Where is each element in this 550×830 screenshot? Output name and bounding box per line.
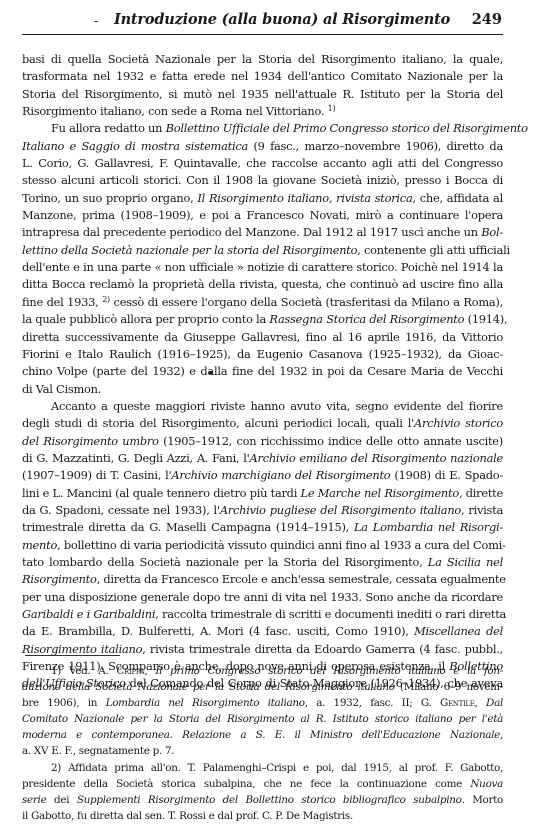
page-number: 249 [472, 11, 502, 28]
footnote-1-line: bre 1906), in Lombardia nel Risorgimento… [22, 695, 503, 711]
footnote-1-line: Comitato Nazionale per la Storia del Ris… [22, 711, 503, 727]
periodical-title: Italiano e Saggio di mostra sistematica [22, 139, 248, 153]
body-line: dell'ente e in una parte « non ufficiale… [22, 259, 503, 276]
body-line: Fiorini e Italo Raulich (1916–1925), da … [22, 346, 503, 363]
body-line: di Val Cismon. [22, 381, 503, 398]
footnote-separator [25, 655, 120, 656]
periodical-title: Archivio storico [414, 416, 503, 430]
body-line: degli studi di storia del Risorgimento, … [22, 415, 503, 432]
footnote-2-line: presidente della Società storica subalpi… [22, 776, 503, 792]
periodical-title: Il Risorgimento italiano, rivista storic… [197, 191, 412, 205]
footnote-2-line: 2) Affidata prima all'on. T. Palamenghi–… [22, 760, 503, 776]
footnotes: 1) Ved. A. Crippa, Il primo Congresso st… [22, 663, 503, 824]
body-line: trimestrale diretta da G. Maselli Campag… [22, 519, 503, 536]
periodical-title: Archivio emiliano del Risorgimento nazio… [250, 451, 503, 465]
footnote-1-line: a. XV E. F., segnatamente p. 7. [22, 743, 503, 759]
body-line: Manzone, prima (1908–1909), e poi a Fran… [22, 207, 503, 224]
running-head: - Introduzione (alla buona) al Risorgime… [22, 11, 502, 31]
periodical-title: Bollettino Ufficiale del Primo Congresso… [166, 121, 528, 135]
body-text: basi di quella Società Nazionale per la … [22, 51, 503, 693]
body-line: del Risorgimento umbro (1905–1912, con r… [22, 433, 503, 450]
header-rule [22, 34, 503, 35]
body-line: Accanto a queste maggiori riviste hanno … [22, 398, 503, 415]
body-line: basi di quella Società Nazionale per la … [22, 51, 503, 68]
body-line: (1907–1909) di T. Casini, l'Archivio mar… [22, 467, 503, 484]
body-line: da E. Brambilla, D. Bulferetti, A. Mori … [22, 623, 503, 640]
body-line: lettino della Società nazionale per la s… [22, 242, 503, 259]
body-line: Storia del Risorgimento, si mutò nel 193… [22, 86, 503, 103]
footnote-1-line: 1) Ved. A. Crippa, Il primo Congresso st… [22, 663, 503, 679]
footnote-2-line: il Gabotto, fu diretta dal sen. T. Rossi… [22, 808, 503, 824]
periodical-title: Le Marche nel Risorgimento [301, 486, 459, 500]
running-head-title: Introduzione (alla buona) al Risorgiment… [114, 11, 450, 28]
body-line: Italiano e Saggio di mostra sistematica … [22, 138, 503, 155]
body-line: trasformata nel 1932 e fatta erede nel 1… [22, 68, 503, 85]
periodical-title: lettino della Società nazionale per la s… [22, 243, 357, 257]
body-line: chino Volpe (parte del 1932) e dalla fin… [22, 363, 503, 380]
footnote-1-marker: 1) [51, 665, 61, 677]
body-line: tato lombardo della Società nazionale pe… [22, 554, 503, 571]
book-page: - Introduzione (alla buona) al Risorgime… [0, 0, 550, 830]
body-line: da G. Spadoni, cessate nel 1933), l'Arch… [22, 502, 503, 519]
periodical-title: Miscellanea del [414, 624, 503, 638]
print-speck [209, 371, 212, 374]
footnote-2-line: serie dei Supplementi Risorgimento del B… [22, 792, 503, 808]
body-line: L. Corio, G. Gallavresi, F. Quintavalle,… [22, 155, 503, 172]
footnote-2-marker: 2) [51, 762, 61, 774]
body-line: stesso alcuni articoli storici. Con il 1… [22, 172, 503, 189]
footnote-1-line: dazione della Società Nazionale per la S… [22, 679, 503, 695]
body-line: Risorgimento, diretta da Francesco Ercol… [22, 571, 503, 588]
body-line: fine del 1933, 2) cessò di essere l'orga… [22, 294, 503, 311]
body-line: diretta successivamente da Giuseppe Gall… [22, 329, 503, 346]
periodical-title: La Lombardia nel Risorgi- [354, 520, 503, 534]
body-line: di G. Mazzatinti, G. Degli Azzi, A. Fani… [22, 450, 503, 467]
body-line: per una disposizione generale dopo tre a… [22, 589, 503, 606]
body-line: Torino, un suo proprio organo, Il Risorg… [22, 190, 503, 207]
body-line: lini e L. Mancini (al quale tennero diet… [22, 485, 503, 502]
footnote-ref-1[interactable]: 1) [328, 104, 336, 113]
body-line: ditta Bocca reclamò la proprietà della r… [22, 276, 503, 293]
periodical-title: Archivio marchigiano del Risorgimento [171, 468, 390, 482]
body-line: la quale pubblicò allora per proprio con… [22, 311, 503, 328]
body-line: Garibaldi e i Garibaldini, raccolta trim… [22, 606, 503, 623]
body-line: intrapresa dal precedente periodico del … [22, 224, 503, 241]
author-name: Gentile [440, 697, 475, 709]
body-line: mento, bollettino di varia periodicità v… [22, 537, 503, 554]
periodical-title: del Risorgimento umbro [22, 434, 159, 448]
footnote-ref-2[interactable]: 2) [102, 295, 110, 304]
body-line: Risorgimento italiano, con sede a Roma n… [22, 103, 503, 120]
periodical-title: La Sicilia nel [428, 555, 503, 569]
periodical-title: Archivio pugliese del Risorgimento itali… [220, 503, 461, 517]
author-name: Crippa [116, 665, 144, 677]
periodical-title: Rassegna Storica del Risorgimento [269, 312, 464, 326]
footnote-1-line: moderna e contemporanea. Relazione a S. … [22, 727, 503, 743]
body-line: Fu allora redatto un Bollettino Ufficial… [22, 120, 503, 137]
periodical-title: Garibaldi e i Garibaldini [22, 607, 155, 621]
running-head-dash: - [94, 14, 98, 29]
